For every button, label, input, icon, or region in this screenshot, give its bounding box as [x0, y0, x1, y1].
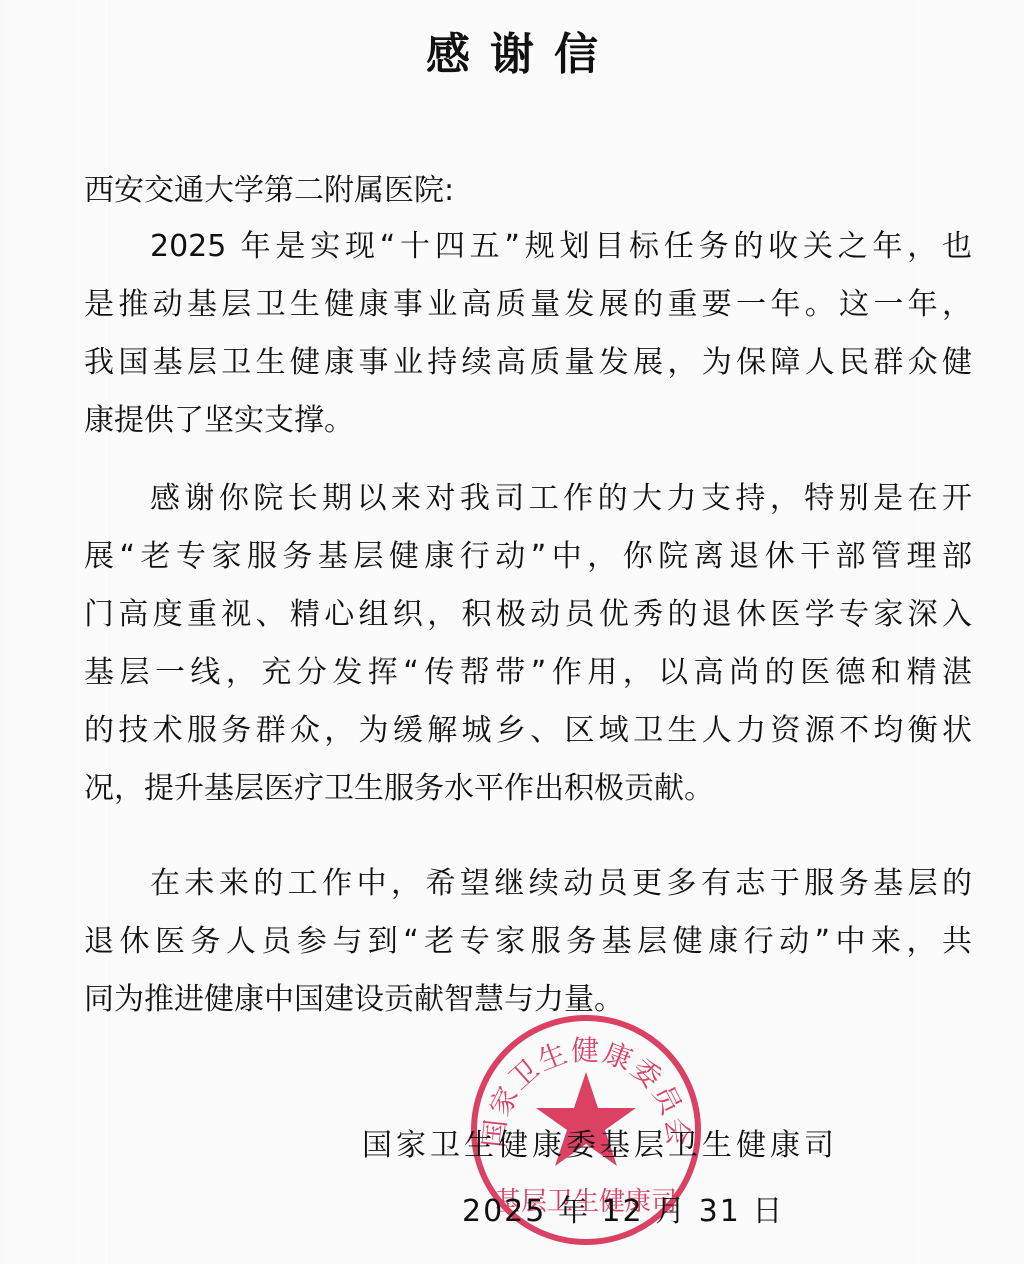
paragraph-line: 是推动基层卫生健康事业高质量发展的重要一年。这一年，	[84, 276, 972, 334]
paragraph-line: 在未来的工作中，希望继续动员更多有志于服务基层的	[84, 855, 972, 913]
paragraph-line: 况，提升基层医疗卫生服务水平作出积极贡献。	[84, 760, 972, 818]
paragraph-line: 基层一线，充分发挥“传帮带”作用，以高尚的医德和精湛	[84, 644, 972, 702]
paragraph-line: 康提供了坚实支撑。	[84, 392, 972, 450]
paragraph-3: 在未来的工作中，希望继续动员更多有志于服务基层的 退休医务人员参与到“老专家服务…	[84, 855, 972, 1029]
paragraph-line: 感谢你院长期以来对我司工作的大力支持，特别是在开	[84, 470, 972, 528]
letter-date: 2025 年 12 月 31 日	[462, 1186, 784, 1230]
paragraph-line: 2025 年是实现“十四五”规划目标任务的收关之年，也	[84, 218, 972, 276]
signature-organization: 国家卫生健康委基层卫生健康司	[362, 1120, 838, 1164]
paragraph-line: 退休医务人员参与到“老专家服务基层健康行动”中来，共	[84, 913, 972, 971]
paragraph-1: 2025 年是实现“十四五”规划目标任务的收关之年，也 是推动基层卫生健康事业高…	[84, 218, 972, 450]
salutation: 西安交通大学第二附属医院:	[84, 165, 454, 209]
paragraph-line: 展“老专家服务基层健康行动”中，你院离退休干部管理部	[84, 528, 972, 586]
paragraph-2: 感谢你院长期以来对我司工作的大力支持，特别是在开 展“老专家服务基层健康行动”中…	[84, 470, 972, 818]
letter-title: 感谢信	[0, 18, 1024, 82]
paragraph-line: 的技术服务群众，为缓解城乡、区域卫生人力资源不均衡状	[84, 702, 972, 760]
letter-page: 感谢信 西安交通大学第二附属医院: 2025 年是实现“十四五”规划目标任务的收…	[0, 0, 1024, 1264]
paragraph-line: 我国基层卫生健康事业持续高质量发展，为保障人民群众健	[84, 334, 972, 392]
paragraph-line: 门高度重视、精心组织，积极动员优秀的退休医学专家深入	[84, 586, 972, 644]
